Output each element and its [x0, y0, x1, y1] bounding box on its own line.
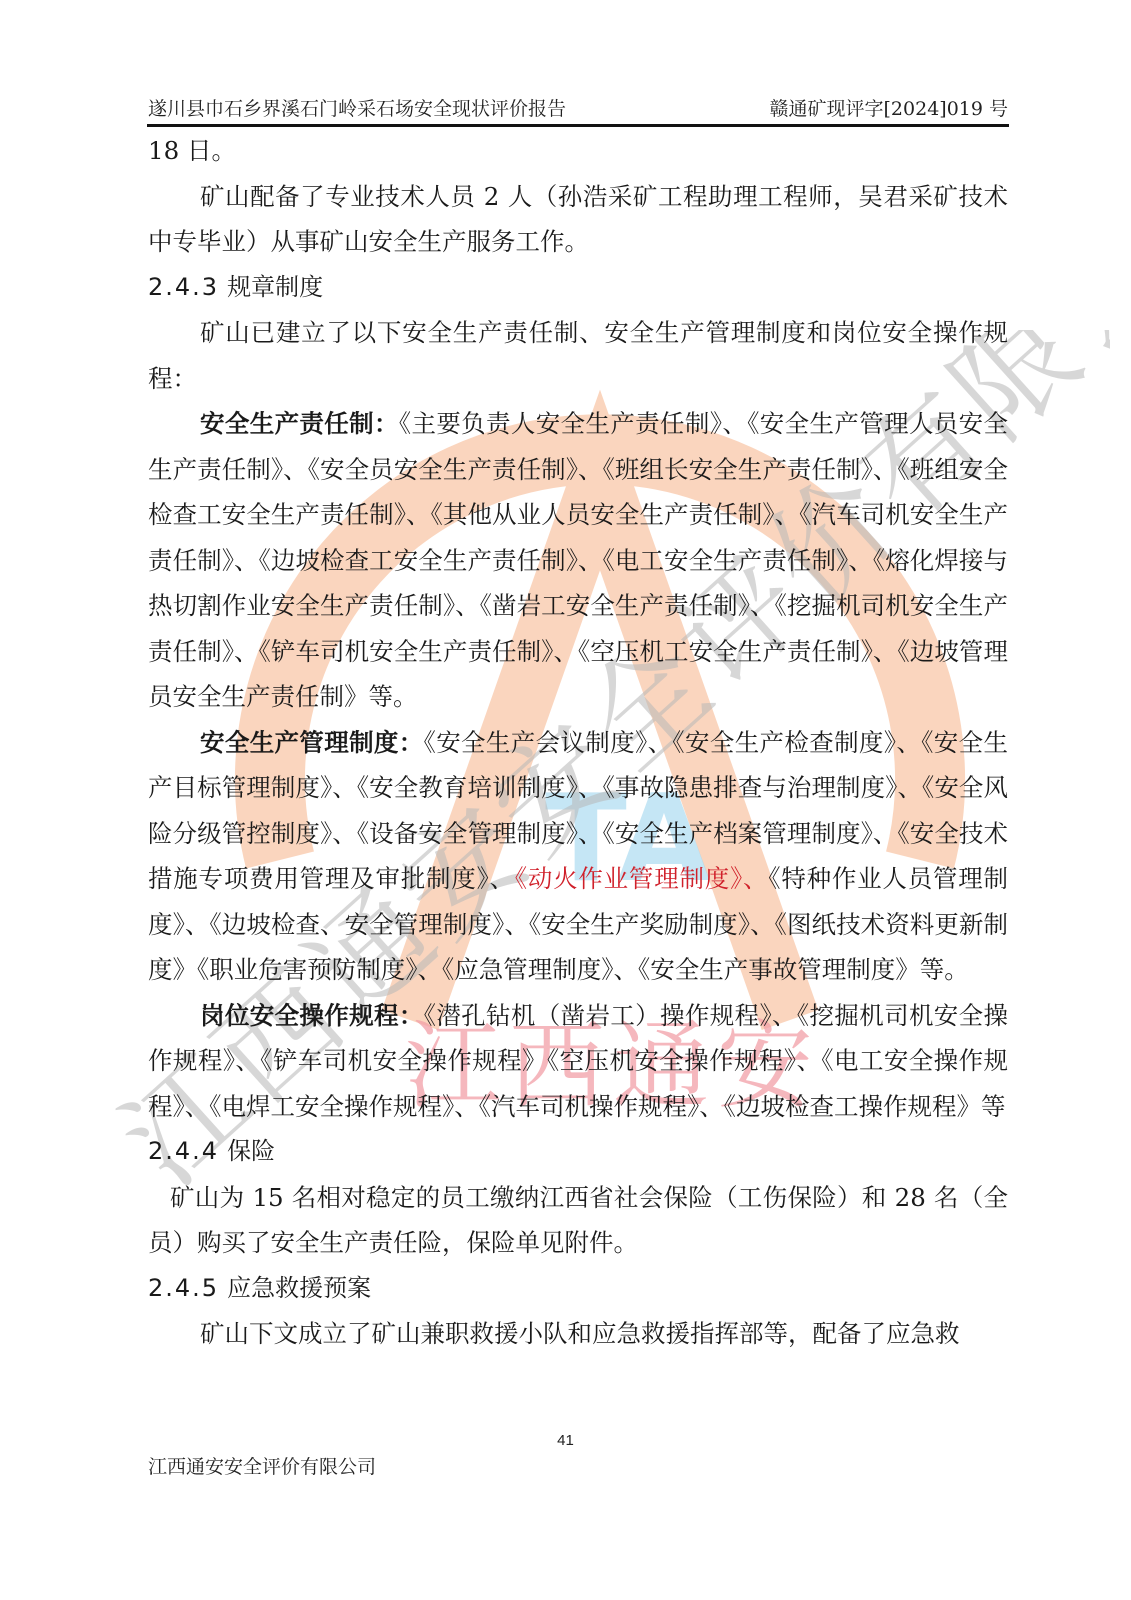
- section-number: 2.4.3: [148, 273, 219, 301]
- continuation-text: 18 日。: [148, 128, 1008, 174]
- rules-intro: 矿山已建立了以下安全生产责任制、安全生产管理制度和岗位安全操作规程：: [148, 310, 1008, 401]
- section-heading-2-4-3: 2.4.3规章制度: [148, 265, 1008, 311]
- section-heading-2-4-4: 2.4.4保险: [148, 1129, 1008, 1175]
- highlighted-regulation: 《动火作业管理制度》、: [515, 864, 769, 893]
- responsibility-text: 《主要负责人安全生产责任制》、《安全生产管理人员安全生产责任制》、《安全员安全生…: [148, 409, 1008, 711]
- section-number: 2.4.4: [148, 1137, 219, 1165]
- responsibility-label: 安全生产责任制：: [200, 409, 399, 438]
- document-page: TA 江西通安安全评价有限公司 江西通安 遂川县巾石乡界溪石门岭采石场安全现状评…: [0, 0, 1131, 1600]
- footer-company: 江西通安安全评价有限公司: [148, 1452, 376, 1479]
- page-number: 41: [0, 1432, 1131, 1449]
- emergency-paragraph: 矿山下文成立了矿山兼职救援小队和应急救援指挥部等，配备了应急救: [148, 1311, 1008, 1357]
- management-label: 安全生产管理制度：: [200, 728, 424, 757]
- section-number: 2.4.5: [148, 1274, 219, 1302]
- insurance-paragraph: 矿山为 15 名相对稳定的员工缴纳江西省社会保险（工伤保险）和 28 名（全员）…: [148, 1175, 1008, 1266]
- document-body: 18 日。 矿山配备了专业技术人员 2 人（孙浩采矿工程助理工程师，吴君采矿技术…: [148, 128, 1008, 1357]
- document-number: 赣通矿现评字[2024]019 号: [770, 94, 1008, 121]
- section-title: 应急救援预案: [227, 1274, 371, 1302]
- section-title: 规章制度: [227, 273, 323, 301]
- operation-paragraph: 岗位安全操作规程：《潜孔钻机（凿岩工）操作规程》、《挖掘机司机安全操作规程》、《…: [148, 993, 1008, 1130]
- section-heading-2-4-5: 2.4.5应急救援预案: [148, 1266, 1008, 1312]
- operation-label: 岗位安全操作规程：: [200, 1001, 424, 1030]
- section-title: 保险: [227, 1137, 275, 1165]
- responsibility-paragraph: 安全生产责任制：《主要负责人安全生产责任制》、《安全生产管理人员安全生产责任制》…: [148, 401, 1008, 720]
- management-paragraph: 安全生产管理制度：《安全生产会议制度》、《安全生产检查制度》、《安全生产目标管理…: [148, 720, 1008, 993]
- staff-paragraph: 矿山配备了专业技术人员 2 人（孙浩采矿工程助理工程师，吴君采矿技术中专毕业）从…: [148, 174, 1008, 265]
- report-title: 遂川县巾石乡界溪石门岭采石场安全现状评价报告: [148, 94, 566, 121]
- page-header: 遂川县巾石乡界溪石门岭采石场安全现状评价报告 赣通矿现评字[2024]019 号: [148, 92, 1008, 122]
- header-divider: [147, 124, 1009, 127]
